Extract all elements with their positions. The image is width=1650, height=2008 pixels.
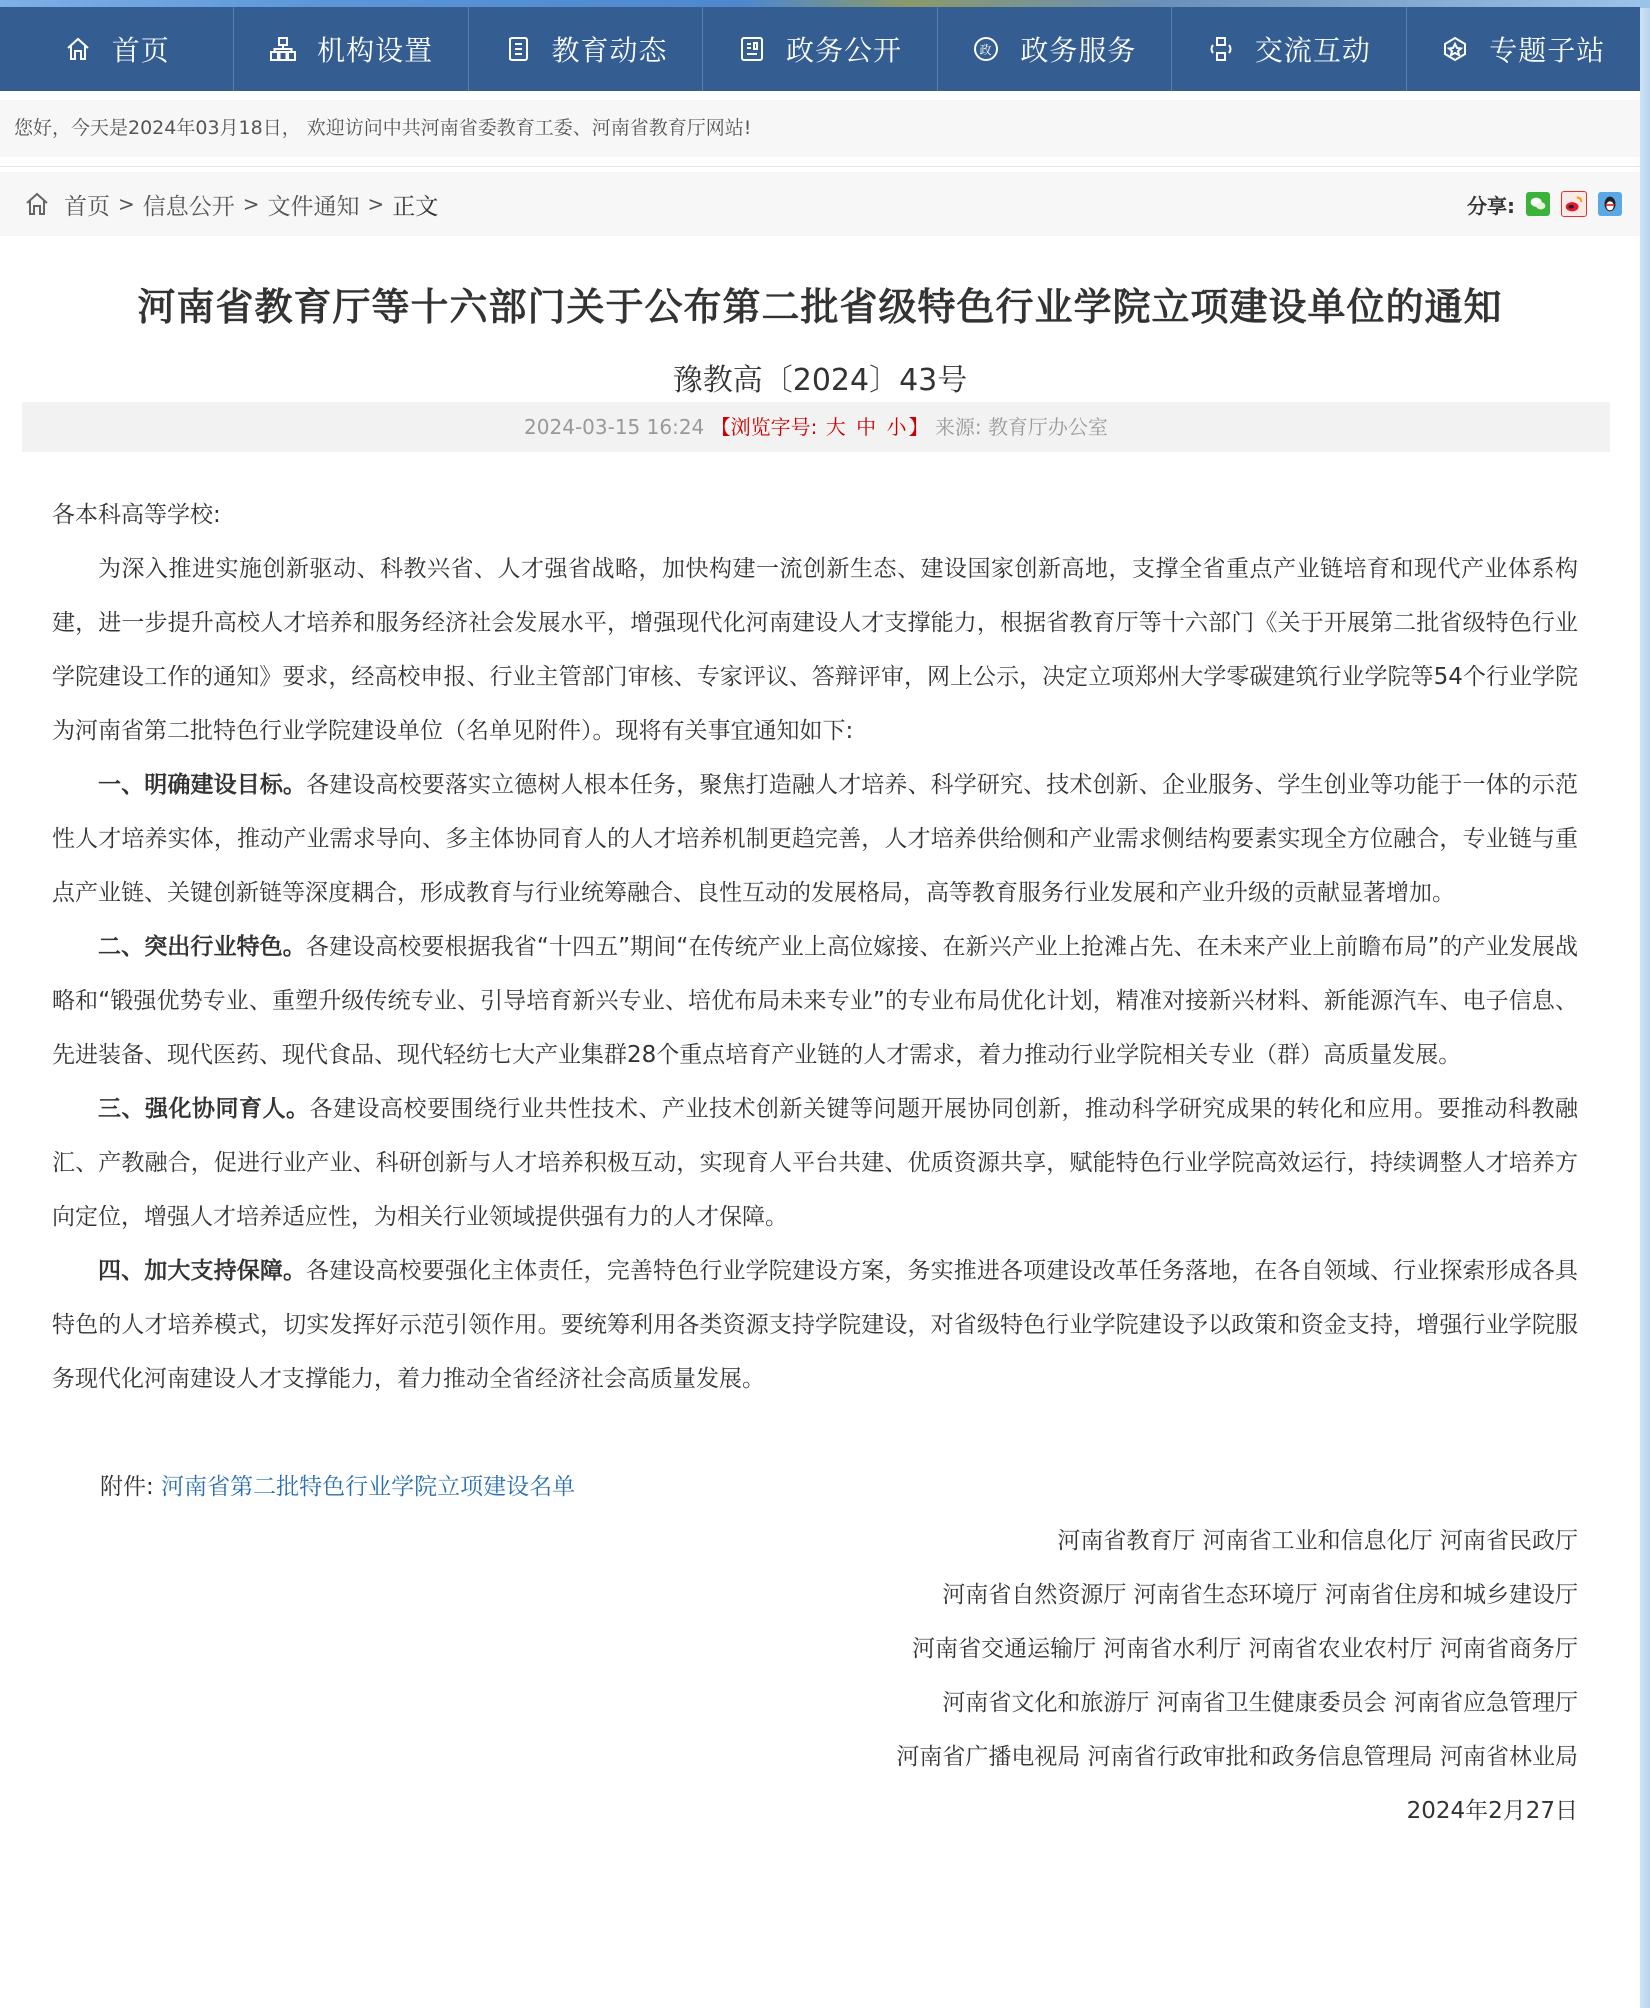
wechat-icon[interactable]: [1526, 192, 1550, 216]
document-number: 豫教高〔2024〕43号: [0, 355, 1640, 399]
nav-label: 专题子站: [1489, 29, 1605, 69]
nav-label: 机构设置: [317, 29, 433, 69]
font-size-label-close: 】: [908, 415, 928, 439]
nav-item-special-sites[interactable]: 专题子站: [1407, 7, 1640, 91]
intro-paragraph: 为深入推进实施创新驱动、科教兴省、人才强省战略，加快构建一流创新生态、建设国家创…: [52, 542, 1578, 758]
section-heading: 四、加大支持保障。: [98, 1258, 306, 1284]
welcome-greeting: 您好，今天是2024年03月18日， 欢迎访问中共河南省委教育工委、河南省教育厅…: [0, 100, 1640, 157]
attachment: 附件: 河南省第二批特色行业学院立项建设名单: [52, 1460, 1578, 1514]
breadcrumb-separator: >: [368, 192, 385, 216]
attachment-label: 附件:: [100, 1474, 154, 1500]
issue-date: 2024年2月27日: [52, 1784, 1578, 1838]
signer-line: 河南省交通运输厅 河南省水利厅 河南省农业农村厅 河南省商务厅: [52, 1622, 1578, 1676]
nav-label: 政务服务: [1020, 29, 1136, 69]
nav-item-interaction[interactable]: 交流互动: [1172, 7, 1406, 91]
breadcrumb-current: 正文: [392, 188, 438, 221]
nav-label: 首页: [112, 29, 170, 69]
share-label: 分享:: [1467, 190, 1515, 219]
publish-datetime: 2024-03-15 16:24: [524, 415, 704, 439]
breadcrumb-separator: >: [243, 192, 260, 216]
breadcrumb: 首页 > 信息公开 > 文件通知 > 正文 分享:: [0, 172, 1640, 236]
salutation: 各本科高等学校:: [52, 488, 1578, 542]
main-nav: 首页 机构设置 教育动态 政务公开 政 政务服务 交流互动 专题子站: [0, 7, 1640, 91]
nav-item-gov-info[interactable]: 政务公开: [703, 7, 937, 91]
source-label: 来源:: [935, 415, 982, 439]
signer-line: 河南省教育厅 河南省工业和信息化厅 河南省民政厅: [52, 1514, 1578, 1568]
share-bar: 分享:: [1467, 172, 1622, 236]
section-paragraph: 二、突出行业特色。各建设高校要根据我省“十四五”期间“在传统产业上高位嫁接、在新…: [52, 920, 1578, 1082]
signer-line: 河南省文化和旅游厅 河南省卫生健康委员会 河南省应急管理厅: [52, 1676, 1578, 1730]
exchange-icon: [1207, 35, 1235, 63]
source-value: 教育厅办公室: [988, 415, 1108, 439]
attachment-link[interactable]: 河南省第二批特色行业学院立项建设名单: [161, 1474, 575, 1500]
breadcrumb-separator: >: [118, 192, 135, 216]
font-size-medium-button[interactable]: 中: [856, 415, 876, 439]
bulletin-icon: [738, 35, 766, 63]
section-paragraph: 一、明确建设目标。各建设高校要落实立德树人根本任务，聚焦打造融人才培养、科学研究…: [52, 758, 1578, 920]
font-size-label-open: 【浏览字号:: [711, 415, 818, 439]
badge-icon: [1441, 35, 1469, 63]
nav-item-education-news[interactable]: 教育动态: [469, 7, 703, 91]
qq-icon[interactable]: [1598, 192, 1622, 216]
breadcrumb-home[interactable]: 首页: [64, 188, 110, 221]
nav-label: 政务公开: [786, 29, 902, 69]
section-heading: 三、强化协同育人。: [98, 1096, 310, 1122]
breadcrumb-file-notices[interactable]: 文件通知: [268, 188, 360, 221]
section-paragraph: 四、加大支持保障。各建设高校要强化主体责任，完善特色行业学院建设方案，务实推进各…: [52, 1244, 1578, 1406]
home-icon[interactable]: [24, 191, 50, 217]
nav-label: 教育动态: [552, 29, 668, 69]
nav-item-home[interactable]: 首页: [0, 7, 234, 91]
article-body: 各本科高等学校: 为深入推进实施创新驱动、科教兴省、人才强省战略，加快构建一流创…: [52, 488, 1578, 1838]
gov-service-icon: 政: [972, 35, 1000, 63]
article-meta: 2024-03-15 16:24 【浏览字号: 大 中 小】 来源: 教育厅办公…: [22, 402, 1610, 452]
signer-line: 河南省自然资源厅 河南省生态环境厅 河南省住房和城乡建设厅: [52, 1568, 1578, 1622]
nav-label: 交流互动: [1255, 29, 1371, 69]
nav-item-organization[interactable]: 机构设置: [234, 7, 468, 91]
font-size-small-button[interactable]: 小: [886, 415, 906, 439]
home-icon: [64, 35, 92, 63]
article-title: 河南省教育厅等十六部门关于公布第二批省级特色行业学院立项建设单位的通知: [0, 276, 1640, 331]
org-chart-icon: [269, 35, 297, 63]
weibo-icon[interactable]: [1561, 191, 1587, 217]
signer-line: 河南省广播电视局 河南省行政审批和政务信息管理局 河南省林业局: [52, 1730, 1578, 1784]
divider: [0, 166, 1640, 167]
font-size-large-button[interactable]: 大: [826, 415, 846, 439]
breadcrumb-info-public[interactable]: 信息公开: [143, 188, 235, 221]
document-list-icon: [504, 35, 532, 63]
nav-item-gov-service[interactable]: 政 政务服务: [938, 7, 1172, 91]
svg-text:政: 政: [980, 42, 993, 57]
section-heading: 二、突出行业特色。: [98, 934, 306, 960]
section-heading: 一、明确建设目标。: [98, 772, 306, 798]
section-paragraph: 三、强化协同育人。各建设高校要围绕行业共性技术、产业技术创新关键等问题开展协同创…: [52, 1082, 1578, 1244]
